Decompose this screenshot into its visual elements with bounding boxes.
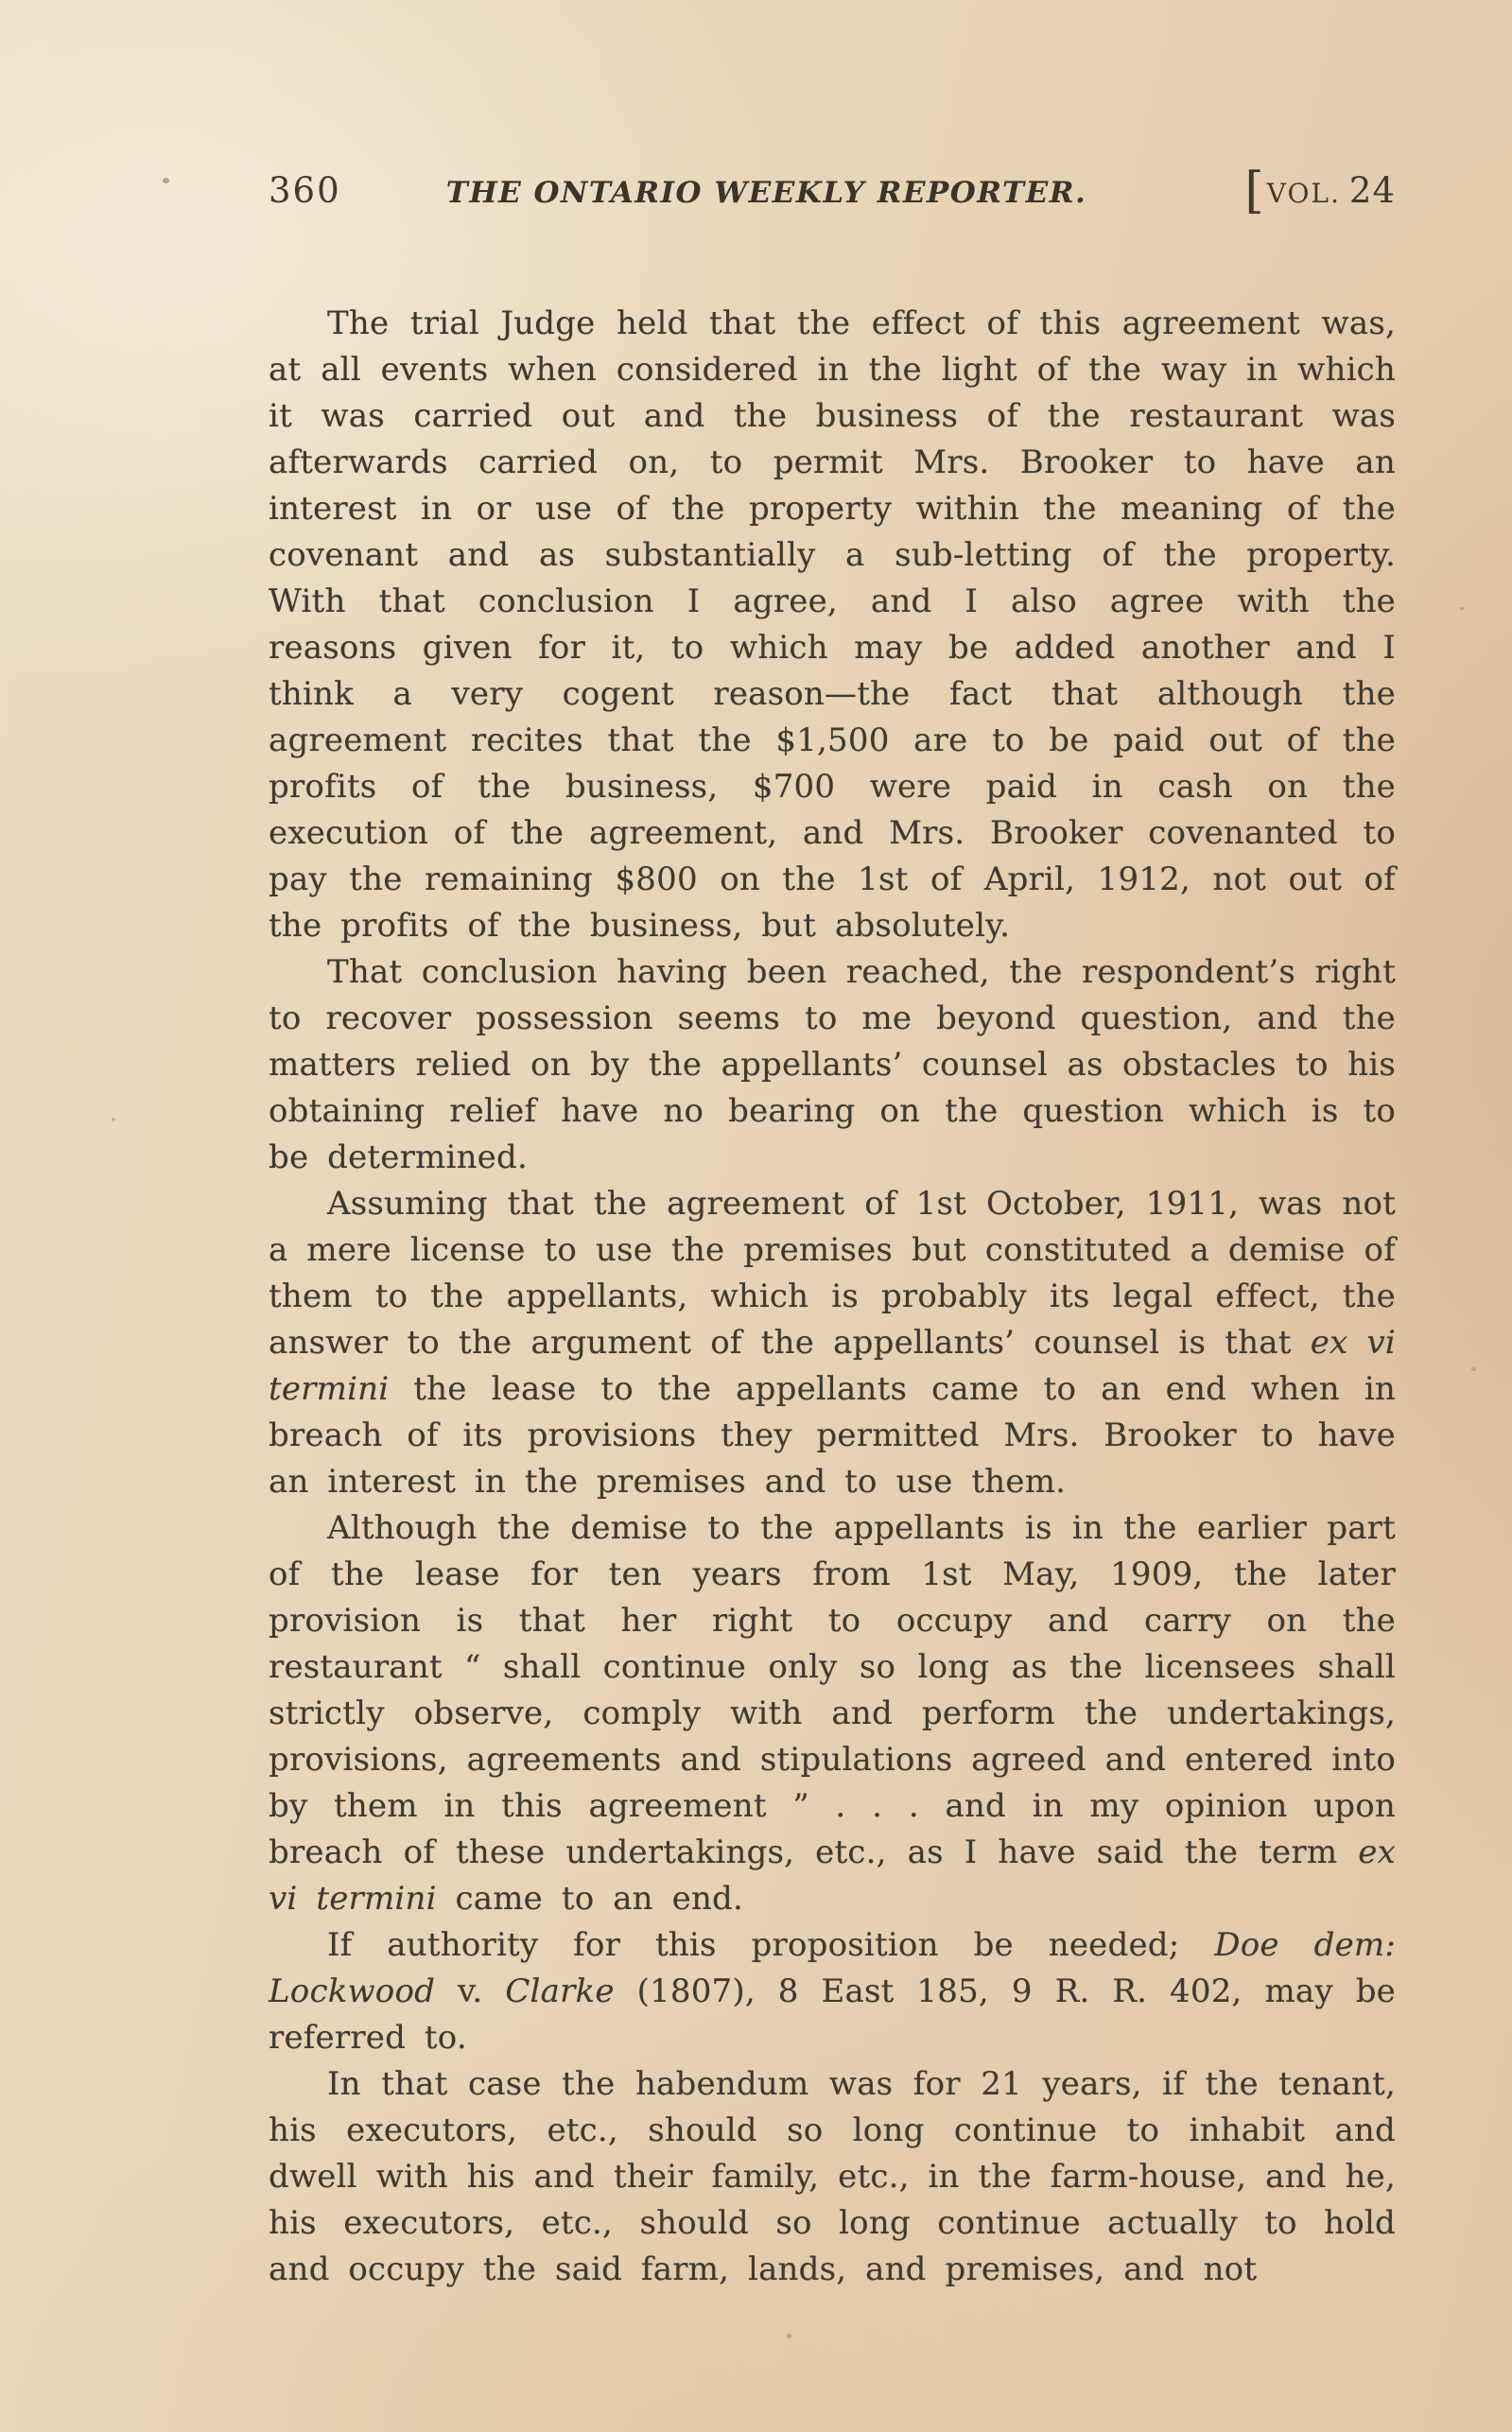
paper-speck	[112, 1118, 115, 1121]
text-run: v.	[435, 1972, 505, 2010]
text-run: That conclusion having been reached, the…	[269, 953, 1396, 1176]
paragraph-6: In that case the habendum was for 21 yea…	[269, 2061, 1396, 2293]
journal-title: THE ONTARIO WEEKLY REPORTER.	[315, 176, 1219, 210]
paragraph-3: Assuming that the agreement of 1st Octob…	[269, 1181, 1396, 1505]
text-run: The trial Judge held that the effect of …	[269, 304, 1396, 945]
page-header: 360 THE ONTARIO WEEKLY REPORTER. [ VOL. …	[269, 170, 1396, 211]
paper-speck	[1460, 607, 1464, 610]
page-body: The trial Judge held that the effect of …	[269, 301, 1396, 2293]
volume-word: VOL.	[1267, 178, 1341, 209]
text-run: Assuming that the agreement of 1st Octob…	[269, 1185, 1396, 1362]
paper-speck	[163, 178, 169, 183]
paragraph-2: That conclusion having been reached, the…	[269, 949, 1396, 1181]
text-run: If authority for this proposition be nee…	[327, 1926, 1214, 1964]
text-run: Although the demise to the appellants is…	[269, 1509, 1396, 1871]
text-run: In that case the habendum was for 21 yea…	[269, 2065, 1396, 2288]
paragraph-4: Although the demise to the appellants is…	[269, 1505, 1396, 1922]
scanned-book-page: 360 THE ONTARIO WEEKLY REPORTER. [ VOL. …	[0, 0, 1512, 2432]
paper-speck	[787, 2334, 791, 2338]
text-run-italic: Clarke	[505, 1972, 614, 2010]
paper-speck	[1235, 2262, 1239, 2265]
volume-label: [ VOL. 24	[1244, 170, 1396, 211]
text-run: came to an end.	[437, 1880, 743, 1918]
paragraph-1: The trial Judge held that the effect of …	[269, 301, 1396, 949]
text-run: the lease to the appellants came to an e…	[269, 1370, 1396, 1501]
paragraph-5: If authority for this proposition be nee…	[269, 1922, 1396, 2061]
paper-speck	[1471, 1367, 1476, 1371]
volume-number: 24	[1349, 170, 1396, 211]
